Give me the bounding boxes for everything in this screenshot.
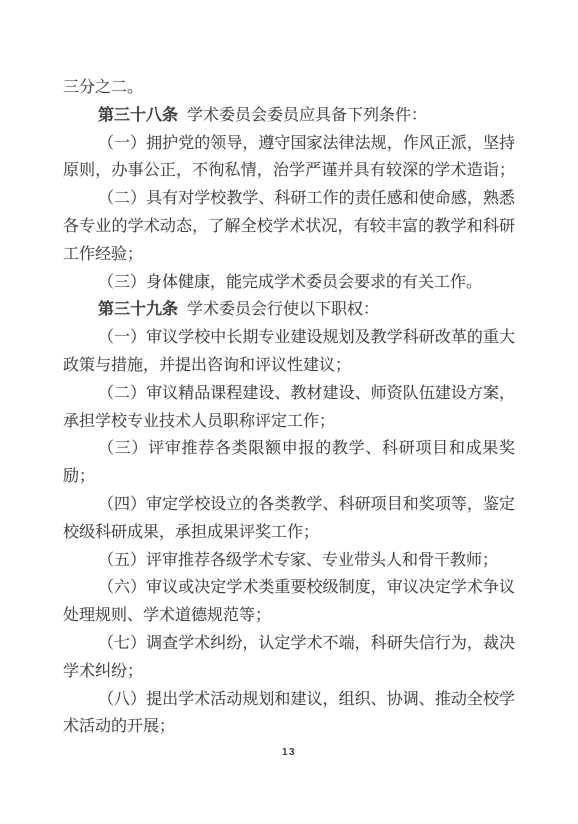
text-segment: 励； [63, 468, 95, 485]
text-segment: 政策与措施，并提出咨询和评议性建议； [63, 357, 351, 374]
article-number: 第三十八条 [98, 107, 178, 124]
text-line: （三）身体健康，能完成学术委员会要求的有关工作。 [63, 269, 515, 297]
text-line: （六）审议或决定学术类重要校级制度，审议决定学术争议 [63, 574, 515, 602]
text-segment: （二）具有对学校教学、科研工作的责任感和使命感，熟悉 [98, 190, 515, 207]
text-line: 各专业的学术动态，了解全校学术状况，有较丰富的教学和科研 [63, 213, 515, 241]
text-segment: 处理规则、学术道德规范等； [63, 607, 271, 624]
text-line: （一）审议学校中长期专业建设规划及教学科研改革的重大 [63, 324, 515, 352]
text-line: 政策与措施，并提出咨询和评议性建议； [63, 352, 515, 380]
text-line: （七）调查学术纠纷，认定学术不端，科研失信行为，裁决 [63, 630, 515, 658]
text-line: 三分之二。 [63, 74, 515, 102]
text-segment: （五）评审推荐各级学术专家、专业带头人和骨干教师； [98, 552, 498, 569]
text-segment: 工作经验； [63, 246, 143, 263]
text-segment: 术活动的开展； [63, 718, 175, 735]
text-segment: （四）审定学校设立的各类教学、科研项目和奖项等，鉴定 [98, 496, 515, 513]
text-line: 校级科研成果，承担成果评奖工作； [63, 519, 515, 547]
text-line: 第三十八条学术委员会委员应具备下列条件： [63, 102, 515, 130]
text-segment: 各专业的学术动态，了解全校学术状况，有较丰富的教学和科研 [63, 218, 515, 235]
text-segment: 学术委员会委员应具备下列条件： [187, 107, 427, 124]
text-segment: 学术委员会行使以下职权： [187, 301, 379, 318]
text-line: （五）评审推荐各级学术专家、专业带头人和骨干教师； [63, 547, 515, 575]
text-line: （三）评审推荐各类限额申报的教学、科研项目和成果奖 [63, 435, 515, 463]
text-line: （二）具有对学校教学、科研工作的责任感和使命感，熟悉 [63, 185, 515, 213]
text-line: （二）审议精品课程建设、教材建设、师资队伍建设方案， [63, 380, 515, 408]
text-segment: （六）审议或决定学术类重要校级制度，审议决定学术争议 [98, 579, 515, 596]
text-segment: 承担学校专业技术人员职称评定工作； [63, 413, 335, 430]
text-line: 励； [63, 463, 515, 491]
text-segment: （三）评审推荐各类限额申报的教学、科研项目和成果奖 [98, 440, 515, 457]
text-line: （一）拥护党的领导，遵守国家法律法规，作风正派，坚持 [63, 130, 515, 158]
text-segment: （三）身体健康，能完成学术委员会要求的有关工作。 [98, 274, 482, 291]
text-line: 工作经验； [63, 241, 515, 269]
text-line: 处理规则、学术道德规范等； [63, 602, 515, 630]
text-segment: （七）调查学术纠纷，认定学术不端，科研失信行为，裁决 [98, 635, 515, 652]
text-line: （四）审定学校设立的各类教学、科研项目和奖项等，鉴定 [63, 491, 515, 519]
text-segment: （一）审议学校中长期专业建设规划及教学科研改革的重大 [98, 329, 515, 346]
article-number: 第三十九条 [98, 301, 178, 318]
text-segment: （二）审议精品课程建设、教材建设、师资队伍建设方案， [98, 385, 515, 402]
text-segment: 原则，办事公正，不徇私情，治学严谨并具有较深的学术造诣； [63, 162, 515, 179]
text-line: 原则，办事公正，不徇私情，治学严谨并具有较深的学术造诣； [63, 157, 515, 185]
text-segment: （一）拥护党的领导，遵守国家法律法规，作风正派，坚持 [98, 135, 515, 152]
text-line: 承担学校专业技术人员职称评定工作； [63, 408, 515, 436]
text-line: （八）提出学术活动规划和建议，组织、协调、推动全校学 [63, 686, 515, 714]
text-segment: 校级科研成果，承担成果评奖工作； [63, 524, 319, 541]
text-line: 第三十九条学术委员会行使以下职权： [63, 296, 515, 324]
document-page: 三分之二。第三十八条学术委员会委员应具备下列条件：（一）拥护党的领导，遵守国家法… [0, 0, 578, 824]
text-segment: （八）提出学术活动规划和建议，组织、协调、推动全校学 [98, 691, 515, 708]
text-segment: 学术纠纷； [63, 663, 143, 680]
page-number: 13 [0, 747, 578, 758]
document-text: 三分之二。第三十八条学术委员会委员应具备下列条件：（一）拥护党的领导，遵守国家法… [63, 74, 515, 741]
text-line: 学术纠纷； [63, 658, 515, 686]
text-segment: 三分之二。 [63, 79, 143, 96]
text-line: 术活动的开展； [63, 713, 515, 741]
